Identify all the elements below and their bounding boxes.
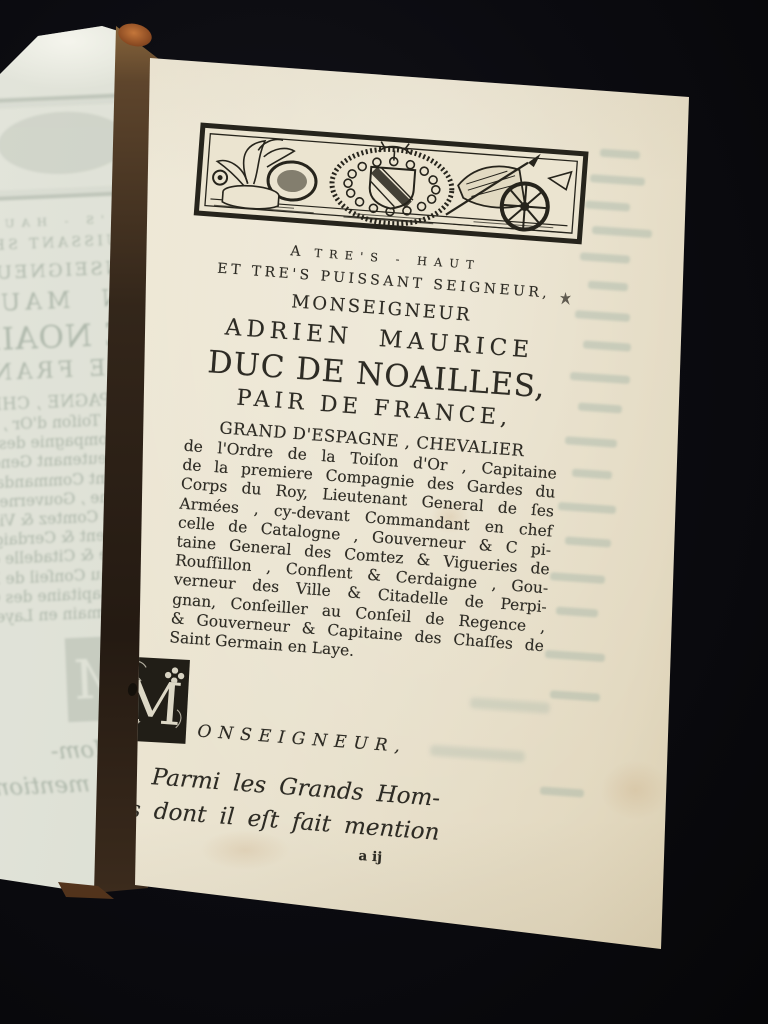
book-photograph: TRE'S - HAUT ET TRE'S PUISSANT SEIGNEUR,…	[0, 0, 768, 1024]
salutation-continuation: ONSEIGNEUR,	[197, 722, 408, 758]
foxing-stain	[600, 760, 670, 820]
page-content: ATRE'S - HAUT ET TRE'S PUISSANT SEIGNEUR…	[89, 56, 649, 911]
titles-paragraph: de l'Ordre de la Toiſon d'Or , Capitaine…	[169, 437, 558, 676]
initial-a: A	[290, 243, 301, 260]
headpiece-engraving	[138, 118, 644, 253]
